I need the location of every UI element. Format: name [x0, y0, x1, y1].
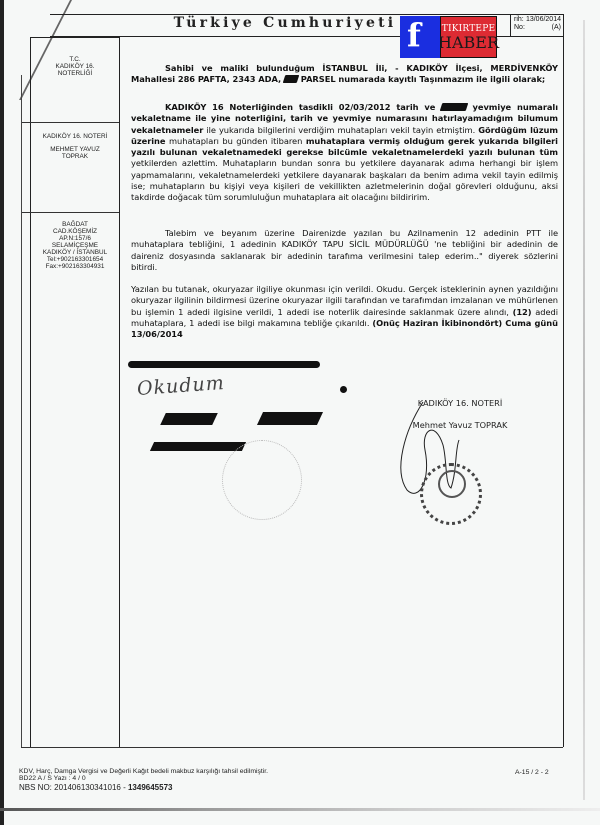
date-number-box: rih:13/06/2014 No:(A): [510, 14, 563, 36]
property-text: PARSEL numarada kayıtlı Taşınmazım ile i…: [301, 74, 545, 84]
footer-fee-note: KDV, Harç, Damga Vergisi ve Değerli Kağı…: [19, 768, 268, 775]
closing-text: Yazılan bu tutanak, okuryazar ilgiliye o…: [131, 284, 558, 317]
fold-line: [19, 0, 72, 100]
watermark-logo: f TIKIRTEPE HABER: [400, 16, 497, 58]
office-line: KADIKÖY 16.: [31, 63, 119, 70]
redaction: [160, 413, 218, 425]
nbs-number: 1349645573: [128, 783, 173, 792]
scan-edge: [583, 20, 585, 800]
frame-line: [21, 747, 563, 748]
frame-line: [21, 75, 22, 747]
logo-icon: f: [400, 16, 440, 58]
page-reference: A-15 / 2 - 2: [515, 769, 549, 776]
ink-dot: [340, 386, 347, 393]
notary-line: MEHMET YAVUZ: [31, 146, 119, 153]
nbs-label: NBS NO: 201406130341016 -: [19, 783, 128, 792]
address-line: BAĞDAT: [31, 221, 119, 228]
address-line: AP.N:157/6: [31, 235, 119, 242]
redaction: [150, 442, 246, 451]
request-text: Talebim ve beyanım üzerine Dairenizde ya…: [131, 228, 558, 273]
frame-line: [22, 212, 119, 213]
address-line: SELAMİÇEŞME: [31, 242, 119, 249]
redaction: [128, 361, 320, 368]
redaction: [257, 412, 323, 425]
address-cell: BAĞDAT CAD.KÖŞEMİZ AP.N:157/6 SELAMİÇEŞM…: [31, 221, 119, 270]
footer-nbs: NBS NO: 201406130341016 - 1349645573: [19, 783, 268, 792]
office-cell: T.C. KADIKÖY 16. NOTERLİĞİ: [31, 56, 119, 77]
scan-edge: [0, 0, 4, 825]
footer: KDV, Harç, Damga Vergisi ve Değerli Kağı…: [19, 768, 268, 792]
logo-top-text: TIKIRTEPE: [442, 24, 495, 34]
document-title: Türkiye Cumhuriyeti: [150, 15, 420, 31]
redaction: [283, 75, 300, 83]
footer-ref: BD22 A / S Yazı : 4 / 0: [19, 775, 268, 782]
notary-line: KADIKÖY 16. NOTERİ: [31, 133, 119, 140]
frame-line: [119, 37, 120, 747]
handwritten-okudum: Okudum: [136, 372, 225, 400]
revocation-text: muhatapları bu günden itibaren: [169, 136, 302, 146]
paragraph-property: Sahibi ve maliki bulunduğum İSTANBUL İli…: [131, 63, 558, 86]
no-value: (A): [552, 24, 561, 32]
faint-seal: [222, 440, 302, 520]
frame-line: [563, 14, 564, 747]
paragraph-request: Talebim ve beyanım üzerine Dairenizde ya…: [131, 228, 558, 273]
office-line: NOTERLİĞİ: [31, 70, 119, 77]
revocation-text: ile yukarıda bilgilerini verdiğim muhata…: [206, 125, 475, 135]
date-value: 13/06/2014: [526, 16, 561, 24]
redaction: [440, 103, 469, 111]
logo-bottom-text: HABER: [438, 34, 499, 51]
revocation-text: KADIKÖY 16 Noterliğinden tasdikli 02/03/…: [165, 102, 435, 112]
logo-text-block: TIKIRTEPE HABER: [440, 16, 497, 58]
paragraph-revocation: KADIKÖY 16 Noterliğinden tasdikli 02/03/…: [131, 102, 558, 204]
address-line: CAD.KÖŞEMİZ: [31, 228, 119, 235]
no-label: No:: [514, 24, 525, 32]
date-label: rih:: [514, 16, 524, 24]
revocation-text: yetkilerden azlettim. Muhatapların bunda…: [131, 158, 558, 202]
notary-line: TOPRAK: [31, 153, 119, 160]
office-line: T.C.: [31, 56, 119, 63]
address-line: KADIKÖY / İSTANBUL: [31, 249, 119, 256]
closing-text: (12): [513, 307, 532, 317]
notary-seal-center: [438, 470, 466, 498]
scan-edge: [0, 808, 600, 811]
frame-line: [22, 122, 119, 123]
notary-cell: KADIKÖY 16. NOTERİ MEHMET YAVUZ TOPRAK: [31, 133, 119, 160]
logo-glyph: f: [407, 16, 421, 54]
address-line: Fax:+902163304931: [31, 263, 119, 270]
address-line: Tel:+902163301654: [31, 256, 119, 263]
paragraph-closing: Yazılan bu tutanak, okuryazar ilgiliye o…: [131, 284, 558, 340]
frame-line: [30, 37, 120, 38]
